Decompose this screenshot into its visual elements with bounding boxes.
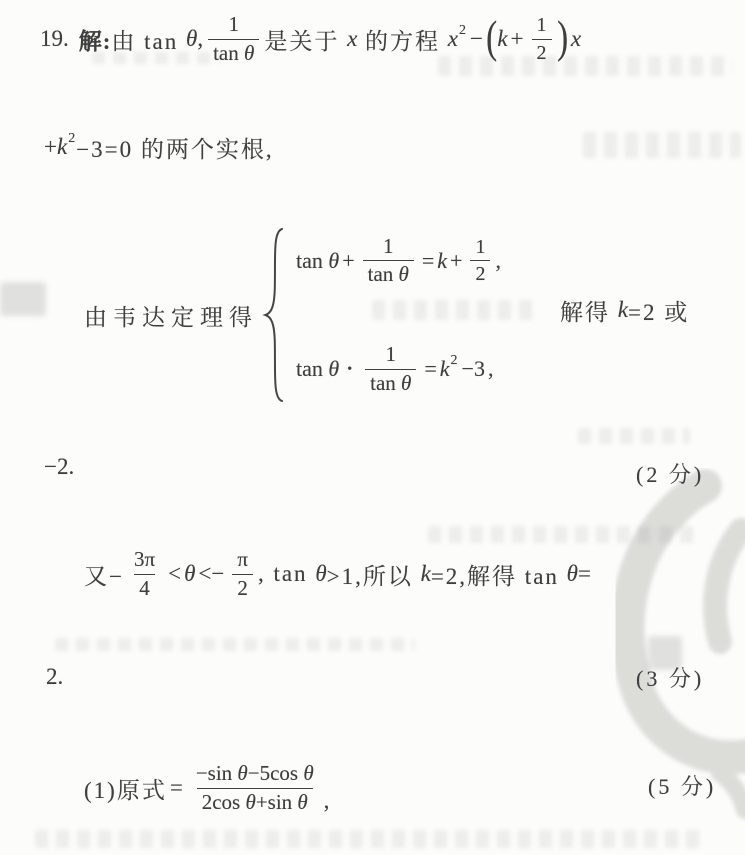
numerator: 1 bbox=[383, 234, 394, 258]
denominator: 2 bbox=[237, 576, 248, 600]
minus-three: −3 bbox=[462, 356, 485, 382]
var-k: k bbox=[437, 248, 447, 274]
left-curly-brace bbox=[262, 226, 286, 404]
var-theta: θ bbox=[245, 790, 255, 814]
func-tan: tan bbox=[296, 248, 328, 274]
text-token: 解得 bbox=[560, 294, 618, 327]
fraction-one-half: 1 2 bbox=[532, 14, 552, 64]
numerator: 3π bbox=[134, 547, 155, 571]
var-k: k bbox=[618, 297, 628, 323]
big-paren-close: ) bbox=[557, 17, 568, 56]
var-theta: θ bbox=[399, 262, 409, 286]
var-theta: θ bbox=[184, 561, 195, 587]
text-token: =2,解得 tan bbox=[431, 558, 567, 591]
text-token: >1,所以 bbox=[327, 558, 421, 591]
denominator: 4 bbox=[139, 576, 150, 600]
part-1-label: (1)原式 bbox=[84, 772, 167, 805]
numerator: 1 bbox=[537, 14, 547, 36]
fraction-1-over-tan-theta: 1 tan θ bbox=[208, 13, 259, 65]
var-x: x bbox=[571, 26, 581, 52]
denominator: tan bbox=[370, 371, 401, 395]
denominator: 2 bbox=[537, 42, 547, 64]
vieta-equation-1: tan θ+ 1 tan θ =k+ 1 2 , bbox=[296, 235, 501, 287]
vieta-result: 解得 k=2 或 bbox=[560, 293, 689, 327]
fraction-one-half: 1 2 bbox=[470, 236, 490, 286]
plus-sign: + bbox=[44, 134, 57, 160]
plus-sign: + bbox=[450, 248, 462, 274]
denominator: +sin bbox=[256, 790, 298, 814]
fraction-1-over-tan-theta: 1 tan θ bbox=[363, 235, 414, 287]
text-token: =2 或 bbox=[628, 294, 689, 327]
comma: , bbox=[197, 26, 203, 52]
score-badge-5pts: (5 分) bbox=[648, 770, 716, 801]
var-theta: θ bbox=[567, 561, 578, 587]
problem-number: 19. bbox=[40, 26, 69, 52]
text-token: 又− bbox=[84, 558, 124, 591]
solution-line-5: 又− 3π 4 <θ<− π 2 , tan θ>1,所以 k=2,解得 tan… bbox=[84, 537, 591, 611]
denominator: 2 bbox=[475, 263, 485, 285]
var-theta: θ bbox=[303, 761, 313, 785]
var-x: x bbox=[347, 26, 357, 52]
minus-sign: − bbox=[470, 26, 483, 52]
text-token: −3=0 的两个实根, bbox=[76, 131, 273, 164]
comma: , bbox=[324, 788, 330, 814]
var-theta: θ bbox=[328, 356, 339, 382]
fraction-pi-over-2: π 2 bbox=[232, 548, 253, 600]
equals-sign: = bbox=[578, 561, 591, 587]
var-k: k bbox=[440, 356, 450, 382]
var-k: k bbox=[421, 561, 431, 587]
vieta-prefix: 由韦达定理得 bbox=[84, 299, 258, 332]
numerator: 1 bbox=[385, 342, 396, 366]
var-k: k bbox=[497, 26, 507, 52]
var-theta: θ bbox=[401, 371, 411, 395]
text-token: , tan bbox=[258, 561, 315, 587]
scanned-page: 19. 解: 由 tan θ, 1 tan θ 是关于 x 的方程 x2 − (… bbox=[0, 0, 745, 855]
score-badge-3pts: (3 分) bbox=[636, 662, 704, 693]
var-theta: θ bbox=[237, 761, 247, 785]
solution-line-7: (1)原式= −sin θ−5cos θ 2cos θ+sin θ , bbox=[84, 748, 329, 828]
bleedthrough-artifact bbox=[55, 638, 415, 651]
vieta-equation-2: tan θ• 1 tan θ =k2−3, bbox=[296, 343, 501, 395]
equation-stack: tan θ+ 1 tan θ =k+ 1 2 , tan θ• 1 tan θ bbox=[296, 235, 501, 395]
numerator: 1 bbox=[228, 12, 239, 36]
exponent: 2 bbox=[451, 353, 458, 369]
comma: , bbox=[495, 248, 501, 274]
solve-label: 解: bbox=[79, 23, 112, 56]
less-than-minus: <− bbox=[198, 561, 224, 587]
fraction-trig-expression: −sin θ−5cos θ 2cos θ+sin θ bbox=[191, 762, 319, 814]
plus-sign: + bbox=[342, 248, 354, 274]
numerator: −sin bbox=[196, 761, 238, 785]
fraction-1-over-tan-theta: 1 tan θ bbox=[365, 343, 416, 395]
big-paren-open: ( bbox=[486, 17, 497, 56]
var-theta: θ bbox=[244, 41, 254, 65]
score-badge-2pts: (2 分) bbox=[636, 458, 704, 489]
denominator: tan bbox=[213, 41, 244, 65]
less-than-sign: < bbox=[168, 561, 181, 587]
text-token: 2. bbox=[46, 664, 63, 690]
solution-line-6: 2. bbox=[46, 660, 63, 694]
denominator: tan bbox=[368, 262, 399, 286]
plus-sign: + bbox=[511, 26, 524, 52]
equals-sign: = bbox=[170, 775, 183, 801]
text-token: −2. bbox=[44, 454, 74, 480]
denominator: 2cos bbox=[202, 790, 246, 814]
vieta-system: 由韦达定理得 tan θ+ 1 tan θ =k+ 1 2 , tan θ• bbox=[84, 226, 501, 404]
bleedthrough-artifact bbox=[583, 132, 741, 158]
var-theta: θ bbox=[328, 248, 339, 274]
solution-line-4: −2. bbox=[44, 450, 74, 484]
exponent: 2 bbox=[459, 23, 466, 39]
solution-line-1: 19. 解: 由 tan θ, 1 tan θ 是关于 x 的方程 x2 − (… bbox=[40, 7, 581, 71]
text-token: 由 tan bbox=[111, 23, 186, 56]
var-x: x bbox=[448, 26, 458, 52]
equals-sign: = bbox=[422, 248, 434, 274]
equals-sign: = bbox=[424, 356, 436, 382]
bleedthrough-artifact bbox=[0, 282, 46, 316]
bleedthrough-artifact bbox=[35, 830, 700, 848]
var-theta: θ bbox=[315, 561, 326, 587]
numerator: π bbox=[237, 547, 248, 571]
fraction-3pi-over-4: 3π 4 bbox=[129, 548, 160, 600]
solution-line-2: +k2−3=0 的两个实根, bbox=[44, 128, 274, 166]
var-k: k bbox=[57, 134, 67, 160]
var-theta: θ bbox=[297, 790, 307, 814]
exponent: 2 bbox=[68, 131, 75, 147]
bleedthrough-artifact bbox=[578, 428, 690, 444]
var-theta: θ bbox=[186, 26, 197, 52]
func-tan: tan bbox=[296, 356, 328, 382]
numerator: −5cos bbox=[248, 761, 304, 785]
comma: , bbox=[488, 356, 494, 382]
text-token: 是关于 bbox=[264, 23, 347, 56]
multiplication-dot: • bbox=[347, 362, 352, 378]
text-token: 的方程 bbox=[357, 23, 448, 56]
numerator: 1 bbox=[475, 236, 485, 258]
